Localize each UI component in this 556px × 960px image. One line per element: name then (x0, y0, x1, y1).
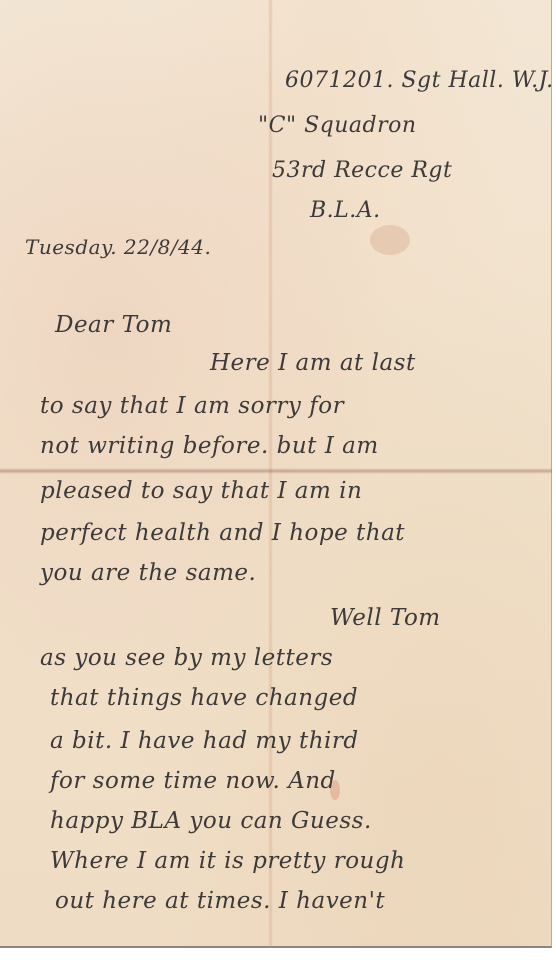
paper-stain (370, 225, 410, 255)
body-line: Well Tom (330, 605, 441, 631)
body-line: for some time now. And (50, 768, 336, 794)
body-line: Where I am it is pretty rough (50, 848, 405, 874)
body-line: you are the same. (40, 560, 256, 586)
body-line: happy BLA you can Guess. (50, 808, 372, 834)
body-line: not writing before. but I am (40, 433, 379, 459)
header-regiment-line: 53rd Recce Rgt (272, 158, 452, 183)
letter-paper: 6071201. Sgt Hall. W.J. "C" Squadron 53r… (0, 0, 552, 948)
body-line: as you see by my letters (40, 645, 333, 671)
body-line: perfect health and I hope that (40, 520, 405, 546)
body-line: to say that I am sorry for (40, 393, 344, 419)
header-bla-line: B.L.A. (310, 198, 381, 223)
header-service-line: 6071201. Sgt Hall. W.J. (285, 68, 554, 93)
vertical-fold-line (268, 0, 273, 948)
letter-date: Tuesday. 22/8/44. (25, 235, 211, 259)
body-line: that things have changed (50, 685, 358, 711)
body-line: pleased to say that I am in (40, 478, 362, 504)
letter-salutation: Dear Tom (55, 312, 172, 338)
body-line: out here at times. I haven't (55, 888, 385, 914)
header-squadron-line: "C" Squadron (258, 113, 417, 138)
body-line: a bit. I have had my third (50, 728, 359, 754)
horizontal-fold-line (0, 468, 552, 474)
body-line: Here I am at last (210, 350, 416, 376)
